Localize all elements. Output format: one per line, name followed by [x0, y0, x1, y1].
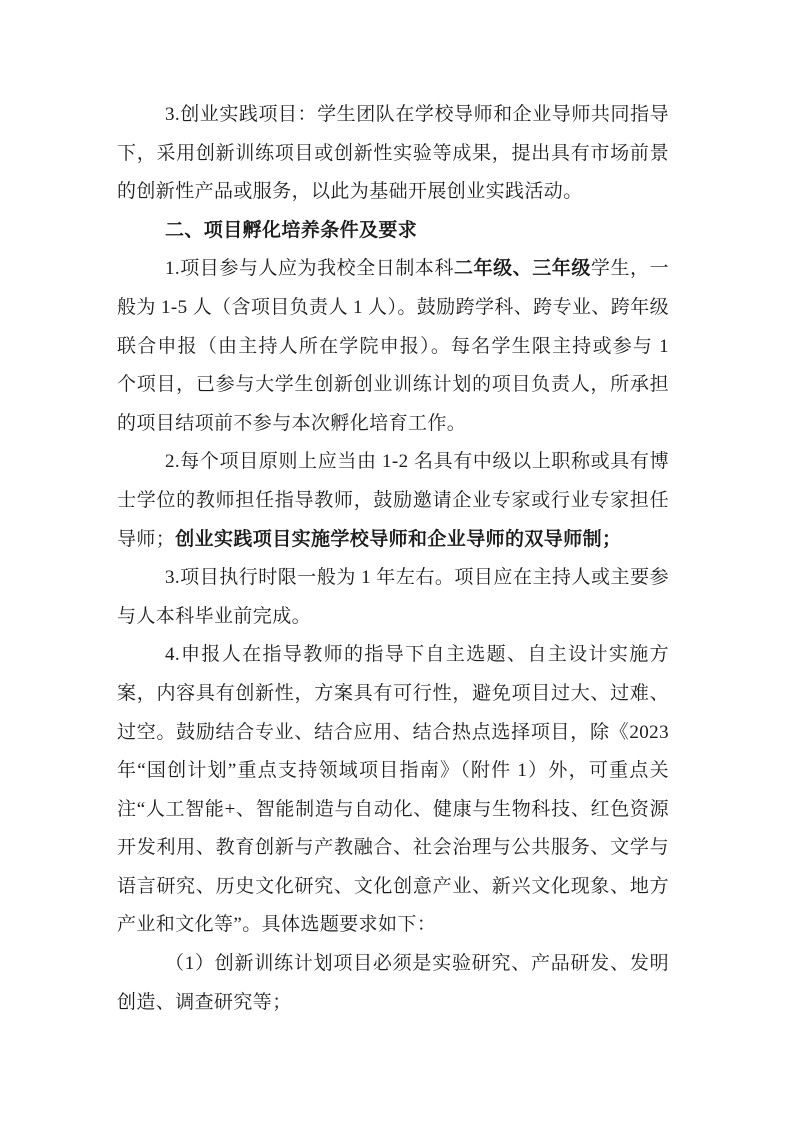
document-page: 3.创业实践项目：学生团队在学校导师和企业导师共同指导下，采用创新训练项目或创新…	[0, 0, 800, 1131]
para-req3-duration: 3.项目执行时限一般为 1 年左右。项目应在主持人或主要参与人本科毕业前完成。	[117, 559, 669, 636]
para-topic-req-1: （1）创新训练计划项目必须是实验研究、产品研发、发明创造、调查研究等；	[117, 945, 669, 1022]
text-run: 学生，一般为 1-5 人（含项目负责人 1 人）。鼓励跨学科、跨专业、跨年级联合…	[117, 258, 669, 433]
text-run: 创业实践项目实施学校导师和企业导师的双导师制；	[175, 529, 621, 550]
text-run: 3.创业实践项目：学生团队在学校导师和企业导师共同指导下，采用创新训练项目或创新…	[117, 104, 669, 202]
para-req1-participants: 1.项目参与人应为我校全日制本科二年级、三年级学生，一般为 1-5 人（含项目负…	[117, 250, 669, 443]
para-req2-advisors: 2.每个项目原则上应当由 1-2 名具有中级以上职称或具有博士学位的教师担任指导…	[117, 443, 669, 559]
text-run: 二年级、三年级	[454, 258, 591, 279]
text-run: 3.项目执行时限一般为 1 年左右。项目应在主持人或主要参与人本科毕业前完成。	[117, 567, 669, 627]
text-run: （1）创新训练计划项目必须是实验研究、产品研发、发明创造、调查研究等；	[117, 953, 669, 1013]
para-req4-topic-selection: 4.申报人在指导教师的指导下自主选题、自主设计实施方案，内容具有创新性，方案具有…	[117, 636, 669, 945]
heading-section-2-incubation-conditions: 二、项目孵化培养条件及要求	[117, 212, 669, 251]
text-run: 1.项目参与人应为我校全日制本科	[165, 258, 454, 279]
document-content: 3.创业实践项目：学生团队在学校导师和企业导师共同指导下，采用创新训练项目或创新…	[117, 96, 669, 1022]
para-item3-entrepreneurship-practice: 3.创业实践项目：学生团队在学校导师和企业导师共同指导下，采用创新训练项目或创新…	[117, 96, 669, 212]
text-run: 4.申报人在指导教师的指导下自主选题、自主设计实施方案，内容具有创新性，方案具有…	[117, 644, 669, 935]
text-run: 二、项目孵化培养条件及要求	[165, 220, 417, 241]
